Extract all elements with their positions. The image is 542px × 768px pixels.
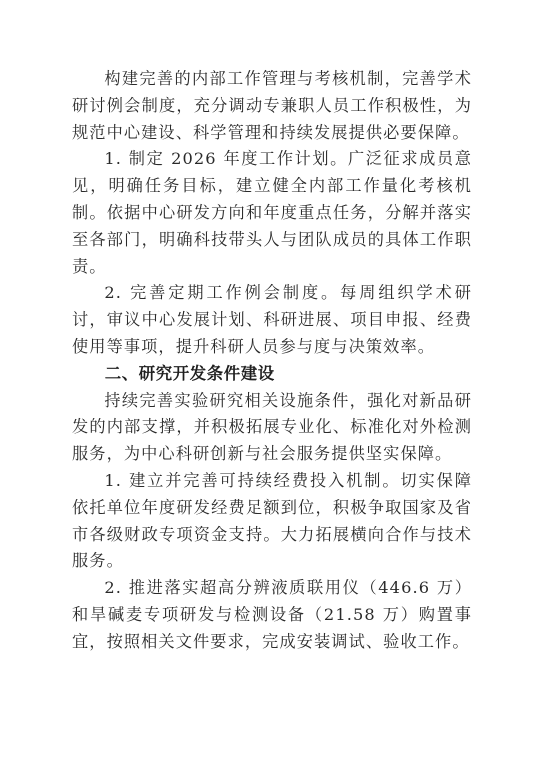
intro-paragraph-facilities: 持续完善实验研究相关设施条件，强化对新品研发的内部支撑，并积极拓展专业化、标准化… (72, 388, 472, 468)
document-page: 构建完善的内部工作管理与考核机制，完善学术研讨例会制度，充分调动专兼职人员工作积… (72, 66, 472, 656)
item-2-regular-meeting-system: 2. 完善定期工作例会制度。每周组织学术研讨，审议中心发展计划、科研进展、项目申… (72, 280, 472, 360)
section-heading-rd-conditions: 二、研究开发条件建设 (72, 361, 472, 388)
item-1-funding-mechanism: 1. 建立并完善可持续经费投入机制。切实保障依托单位年度研发经费足额到位，积极争… (72, 468, 472, 575)
intro-paragraph-management: 构建完善的内部工作管理与考核机制，完善学术研讨例会制度，充分调动专兼职人员工作积… (72, 66, 472, 146)
item-1-annual-work-plan: 1. 制定 2026 年度工作计划。广泛征求成员意见，明确任务目标，建立健全内部… (72, 146, 472, 280)
item-2-equipment-procurement: 2. 推进落实超高分辨液质联用仪（446.6 万）和旱碱麦专项研发与检测设备（2… (72, 575, 472, 655)
